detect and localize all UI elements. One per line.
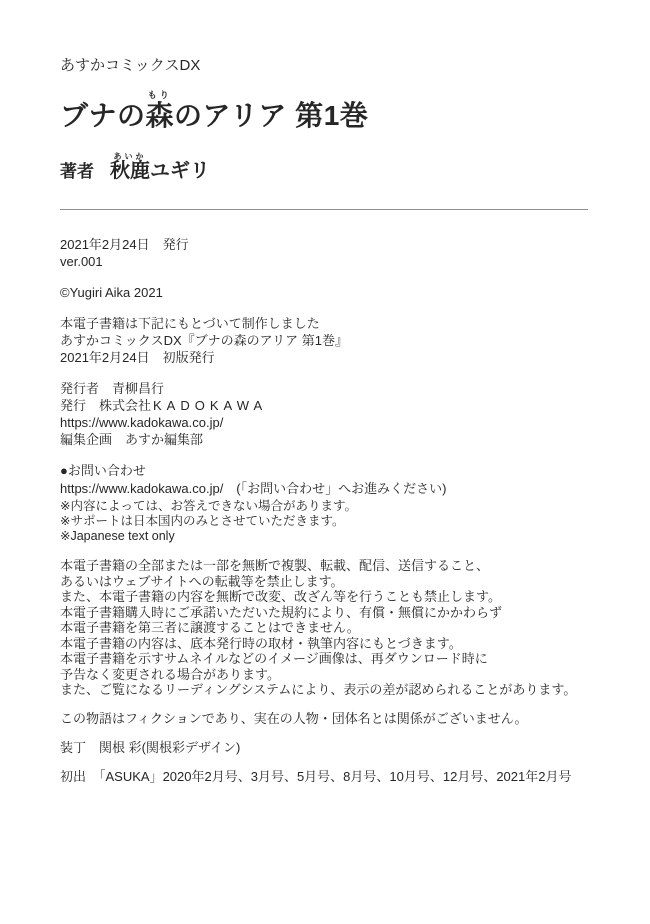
publisher-company-name: KADOKAWA <box>153 398 267 413</box>
legal-line-3: また、本電子書籍の内容を無断で改変、改ざん等を行うことも禁止します。 <box>60 589 592 605</box>
contact-notes: ※内容によっては、お答えできない場合があります。 ※サポートは日本国内のみとさせ… <box>60 499 592 544</box>
legal-line-8: 予告なく変更される場合があります。 <box>60 667 592 683</box>
issue-date-line: 2021年2月24日 発行 <box>60 236 592 253</box>
production-note-line: 本電子書籍は下記にもとづいて制作しました <box>60 315 592 332</box>
production-first-edition-line: 2021年2月24日 初版発行 <box>60 349 592 366</box>
version-line: ver.001 <box>60 253 592 270</box>
editorial-planning-line: 編集企画 あすか編集部 <box>60 431 592 448</box>
legal-line-9: また、ご覧になるリーディングシステムにより、表示の差が認められることがあります。 <box>60 682 592 698</box>
contact-url-line: https://www.kadokawa.co.jp/ (「お問い合わせ」へお進… <box>60 479 592 499</box>
publisher-block: 発行者 青柳昌行 発行 株式会社KADOKAWA https://www.kad… <box>60 380 592 448</box>
contact-note-language: ※Japanese text only <box>60 529 592 544</box>
copyright-line: ©Yugiri Aika 2021 <box>60 284 592 301</box>
contact-note-answer: ※内容によっては、お答えできない場合があります。 <box>60 499 592 514</box>
contact-block: ●お問い合わせ https://www.kadokawa.co.jp/ (「お問… <box>60 462 592 544</box>
legal-line-2: あるいはウェブサイトへの転載等を禁止します。 <box>60 574 592 590</box>
book-title-ruby-base: 森 <box>146 100 175 131</box>
contact-note-support: ※サポートは日本国内のみとさせていただきます。 <box>60 514 592 529</box>
legal-line-6: 本電子書籍の内容は、底本発行時の取材・執筆内容にもとづきます。 <box>60 636 592 652</box>
book-title-ruby: 森もり <box>146 100 175 131</box>
copyright-block: ©Yugiri Aika 2021 <box>60 284 592 301</box>
publisher-company-label: 発行 株式会社 <box>60 398 151 413</box>
contact-heading: ●お問い合わせ <box>60 462 592 479</box>
legal-line-1: 本電子書籍の全部または一部を無断で複製、転載、配信、送信すること、 <box>60 558 592 574</box>
publisher-url: https://www.kadokawa.co.jp/ <box>60 414 592 431</box>
author-line: 著者秋鹿あいかユギリ <box>60 152 592 183</box>
production-block: 本電子書籍は下記にもとづいて制作しました あすかコミックスDX『ブナの森のアリア… <box>60 315 592 366</box>
legal-line-7: 本電子書籍を示すサムネイルなどのイメージ画像は、再ダウンロード時に <box>60 651 592 667</box>
fiction-disclaimer: この物語はフィクションであり、実在の人物・団体名とは関係がございません。 <box>60 711 592 727</box>
furigana-mori: もり <box>146 90 175 100</box>
legal-line-4: 本電子書籍購入時にご承諾いただいた規約により、有償・無償にかかわらず <box>60 605 592 621</box>
legal-block: 本電子書籍の全部または一部を無断で複製、転載、配信、送信すること、 あるいはウェ… <box>60 558 592 698</box>
book-title-part2: のアリア 第1巻 <box>174 100 368 131</box>
legal-line-5: 本電子書籍を第三者に譲渡することはできません。 <box>60 620 592 636</box>
production-series-title-line: あすかコミックスDX『ブナの森のアリア 第1巻』 <box>60 332 592 349</box>
author-name: 秋鹿あいかユギリ <box>110 160 210 182</box>
divider <box>60 209 588 210</box>
imprint-label: あすかコミックスDX <box>60 56 592 76</box>
cover-design-credit: 装丁 関根 彩(関根彩デザイン) <box>60 740 592 756</box>
publisher-company-line: 発行 株式会社KADOKAWA <box>60 397 592 414</box>
first-publication-line: 初出 「ASUKA」2020年2月号、3月号、5月号、8月号、10月号、12月号… <box>60 769 592 785</box>
book-title: ブナの森もりのアリア 第1巻 <box>60 90 592 132</box>
edition-block: 2021年2月24日 発行 ver.001 <box>60 236 592 270</box>
colophon-page: あすかコミックスDX ブナの森もりのアリア 第1巻 著者秋鹿あいかユギリ 202… <box>0 0 650 924</box>
furigana-aika: あいか <box>110 152 150 161</box>
author-name-ruby-base: 秋鹿 <box>110 160 150 182</box>
book-title-part1: ブナの <box>60 100 146 131</box>
author-label: 著者 <box>60 162 94 181</box>
author-name-ruby: 秋鹿あいか <box>110 160 150 182</box>
publisher-person-line: 発行者 青柳昌行 <box>60 380 592 397</box>
author-name-rest: ユギリ <box>150 160 210 182</box>
